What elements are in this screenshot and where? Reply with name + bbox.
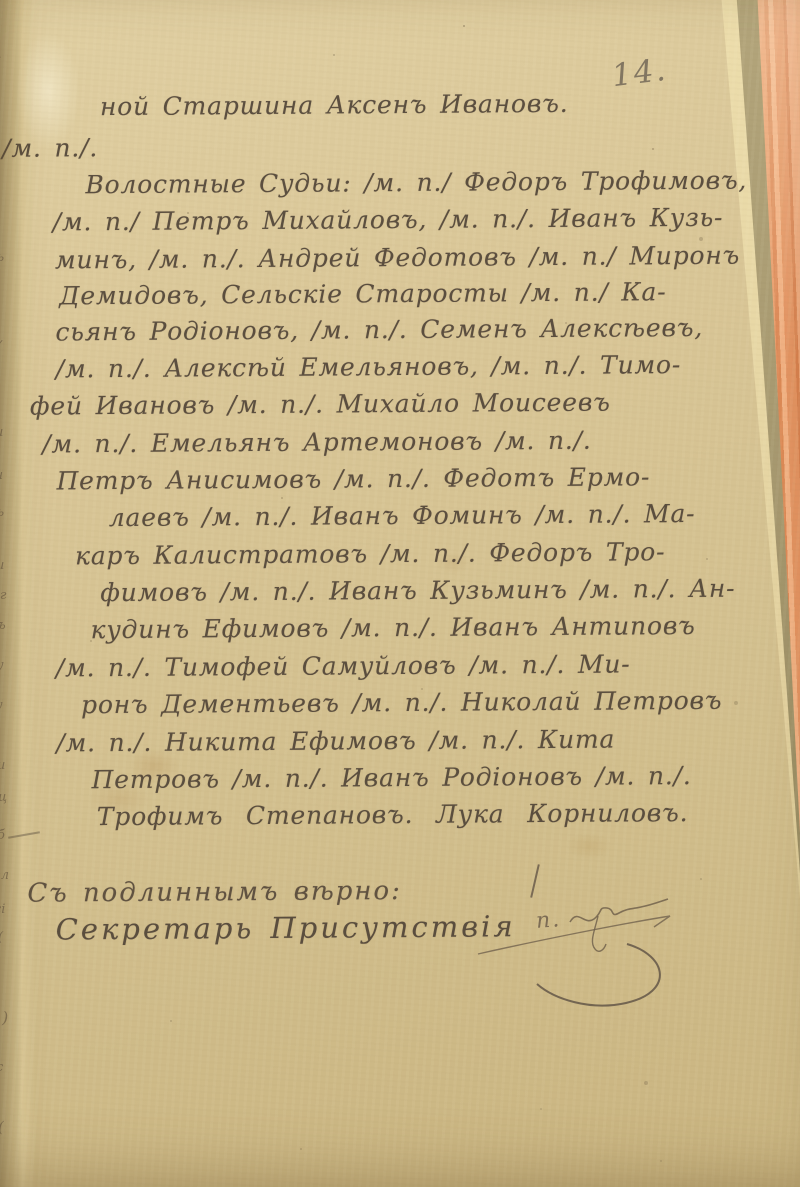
handwritten-line: /м. п./. Тимофей Самуйловъ /м. п./. Ми- (56, 649, 631, 682)
handwritten-line: /м. п./. Алексѣй Емельяновъ, /м. п./. Ти… (56, 350, 682, 383)
handwritten-line: Петръ Анисимовъ /м. п./. Федотъ Ермо- (56, 462, 650, 495)
handwritten-line: Демидовъ, Сельскіе Старосты /м. п./ Ка- (59, 277, 666, 310)
handwritten-line: ной Старшина Аксенъ Ивановъ. (100, 89, 569, 121)
handwritten-line: ронъ Дементьевъ /м. п./. Николай Петровъ (81, 686, 722, 719)
handwritten-line: фей Ивановъ /м. п./. Михайло Моисеевъ (30, 388, 611, 421)
gutter-letter-fragment: ( (0, 930, 3, 945)
photographed-manuscript-page: і ʼ ь / и ч ь и ог ъ у у и щ б ел сі ( )… (0, 0, 800, 1187)
handwritten-line: минъ, /м. п./. Андрей Федотовъ /м. п./ М… (55, 241, 740, 275)
attestation-line: Съ подлиннымъ вѣрно: (27, 876, 402, 909)
handwritten-line: сьянъ Родіоновъ, /м. п./. Семенъ Алексѣе… (55, 313, 703, 347)
handwritten-line: каръ Калистратовъ /м. п./. Федоръ Тро- (75, 537, 665, 570)
handwritten-line: кудинъ Ефимовъ /м. п./. Иванъ Антиповъ (90, 611, 695, 644)
handwritten-line: /м. п./. (2, 133, 98, 163)
secretary-signature-flourish (420, 880, 800, 1030)
handwritten-line: /м. п./. Емельянъ Артемоновъ /м. п./. (42, 426, 591, 459)
handwritten-line: /м. п./. Никита Ефимовъ /м. п./. Кита (56, 725, 615, 758)
handwritten-line: лаевъ /м. п./. Иванъ Фоминъ /м. п./. Ма- (109, 499, 696, 532)
handwritten-line: фимовъ /м. п./. Иванъ Кузьминъ /м. п./. … (100, 574, 735, 607)
gutter-letter-fragment: ( (0, 1118, 4, 1136)
handwritten-line: Трофимъ Степановъ. Лука Корниловъ. (97, 798, 689, 831)
handwritten-line: /м. п./ Петръ Михайловъ, /м. п./. Иванъ … (53, 203, 724, 237)
handwritten-line: Петровъ /м. п./. Иванъ Родіоновъ /м. п./… (92, 761, 692, 794)
gutter-letter-fragment: с (0, 1060, 3, 1075)
gutter-letter-fragment: у (0, 698, 3, 713)
handwritten-line: Волостные Судьи: /м. п./ Федоръ Трофимов… (85, 166, 747, 200)
